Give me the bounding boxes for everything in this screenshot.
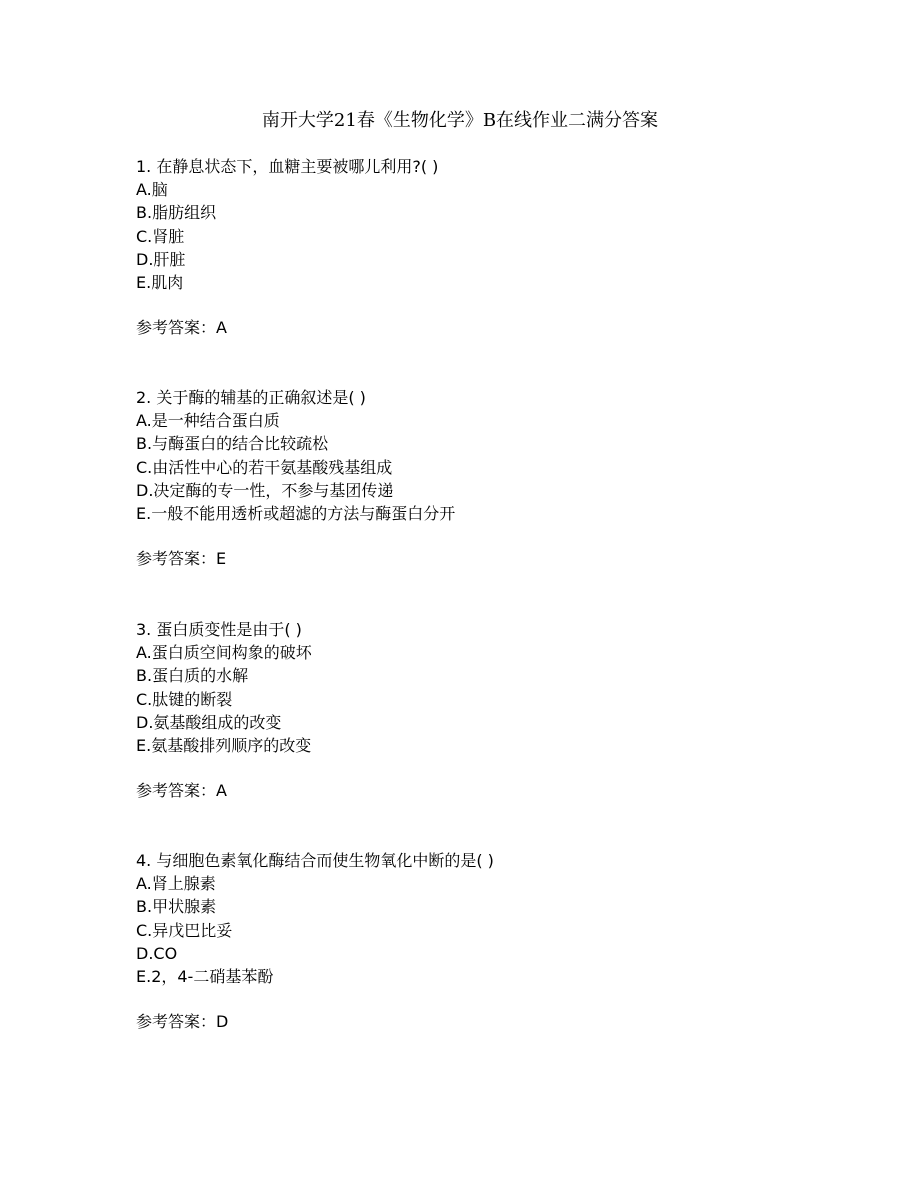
option-d: D.肝脏 <box>136 248 836 271</box>
option-e: E.氨基酸排列顺序的改变 <box>136 734 836 757</box>
question-stem: 3. 蛋白质变性是由于( ) <box>136 618 836 641</box>
option-b: B.与酶蛋白的结合比较疏松 <box>136 432 836 455</box>
option-a: A.是一种结合蛋白质 <box>136 409 836 432</box>
option-c: C.肾脏 <box>136 225 836 248</box>
question-2: 2. 关于酶的辅基的正确叙述是( ) A.是一种结合蛋白质 B.与酶蛋白的结合比… <box>136 386 836 570</box>
option-a: A.蛋白质空间构象的破坏 <box>136 641 836 664</box>
option-c: C.由活性中心的若干氨基酸残基组成 <box>136 456 836 479</box>
question-stem: 2. 关于酶的辅基的正确叙述是( ) <box>136 386 836 409</box>
reference-answer: 参考答案：A <box>136 779 836 802</box>
question-1: 1. 在静息状态下，血糖主要被哪儿利用?( ) A.脑 B.脂肪组织 C.肾脏 … <box>136 155 836 339</box>
option-d: D.CO <box>136 942 836 965</box>
question-3: 3. 蛋白质变性是由于( ) A.蛋白质空间构象的破坏 B.蛋白质的水解 C.肽… <box>136 618 836 802</box>
option-d: D.氨基酸组成的改变 <box>136 711 836 734</box>
document-title: 南开大学21春《生物化学》B在线作业二满分答案 <box>0 108 920 134</box>
option-b: B.脂肪组织 <box>136 201 836 224</box>
option-e: E.肌肉 <box>136 271 836 294</box>
reference-answer: 参考答案：A <box>136 316 836 339</box>
option-a: A.肾上腺素 <box>136 872 836 895</box>
reference-answer: 参考答案：D <box>136 1010 836 1033</box>
option-b: B.甲状腺素 <box>136 895 836 918</box>
question-stem: 4. 与细胞色素氧化酶结合而使生物氧化中断的是( ) <box>136 849 836 872</box>
reference-answer: 参考答案：E <box>136 547 836 570</box>
option-d: D.决定酶的专一性，不参与基团传递 <box>136 479 836 502</box>
question-stem: 1. 在静息状态下，血糖主要被哪儿利用?( ) <box>136 155 836 178</box>
option-a: A.脑 <box>136 178 836 201</box>
option-c: C.肽键的断裂 <box>136 688 836 711</box>
option-c: C.异戊巴比妥 <box>136 919 836 942</box>
question-4: 4. 与细胞色素氧化酶结合而使生物氧化中断的是( ) A.肾上腺素 B.甲状腺素… <box>136 849 836 1033</box>
option-e: E.2，4-二硝基苯酚 <box>136 965 836 988</box>
option-e: E.一般不能用透析或超滤的方法与酶蛋白分开 <box>136 502 836 525</box>
option-b: B.蛋白质的水解 <box>136 664 836 687</box>
